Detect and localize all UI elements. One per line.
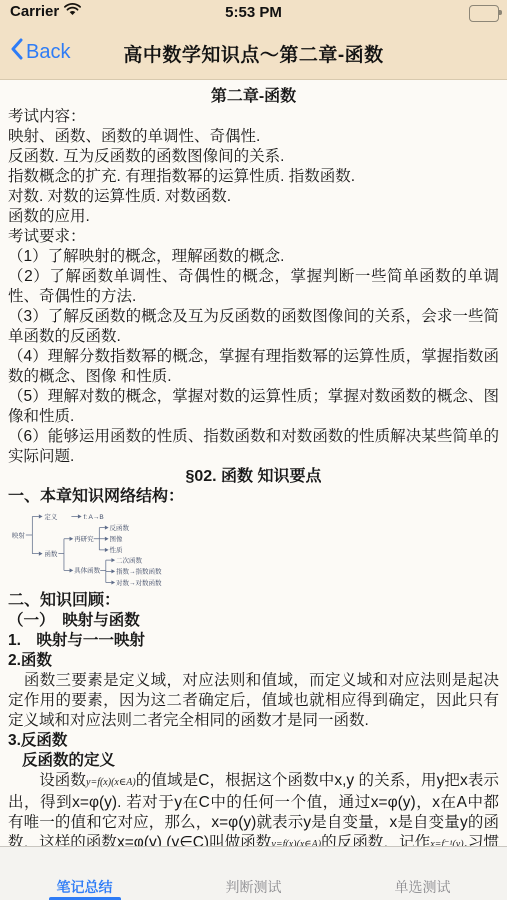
review-heading: 二、知识回顾： — [8, 591, 499, 611]
diagram-node-quadratic: 二次函数 — [116, 555, 142, 564]
requirement-item: （1）了解映射的概念，理解函数的概念. — [8, 247, 499, 267]
knowledge-network-diagram: 映射 定义 f: A→B 函数 再研究 反函数 图像 性质 具体函数 二次函数 … — [10, 509, 499, 589]
doc-line: 指数概念的扩充. 有理指数幂的运算性质. 指数函数. — [8, 167, 499, 187]
inverse-definition-heading: 反函数的定义 — [8, 751, 499, 771]
diagram-node-exponential: 指数→指数函数 — [116, 567, 162, 576]
inverse-definition-body: 设函数y=f(x)(x∈A)的值域是C，根据这个函数中x,y 的关系，用y把x表… — [8, 771, 499, 847]
diagram-node-map-formula: f: A→B — [83, 514, 103, 521]
diagram-node-function: 函数 — [44, 549, 57, 558]
tab-bar: 笔记总结 判断测试 单选测试 — [0, 846, 507, 900]
tab-judgment-test[interactable]: 判断测试 — [169, 847, 338, 900]
function-body: 函数三要素是定义域，对应法则和值域，而定义域和对应法则是起决定作用的要素，因为这… — [8, 671, 499, 731]
tab-label: 笔记总结 — [57, 877, 113, 897]
page-title: 高中数学知识点～第二章-函数 — [0, 40, 507, 67]
diagram-node-property: 性质 — [110, 545, 124, 554]
status-bar: Carrier 5:53 PM — [0, 0, 507, 26]
doc-line: 映射、函数、函数的单调性、奇偶性. — [8, 127, 499, 147]
requirement-item: （3）了解反函数的概念及互为反函数的函数图像间的关系，会求一些简单函数的反函数. — [8, 307, 499, 347]
requirement-item: （6）能够运用函数的性质、指数函数和对数函数的性质解决某些简单的实际问题. — [8, 427, 499, 467]
requirement-item: （5）理解对数的概念，掌握对数的运算性质；掌握对数函数的概念、图像和性质. — [8, 387, 499, 427]
doc-line: 对数. 对数的运算性质. 对数函数. — [8, 187, 499, 207]
doc-line: 反函数. 互为反函数的函数图像间的关系. — [8, 147, 499, 167]
section-heading: §02. 函数 知识要点 — [8, 467, 499, 487]
network-heading: 一、本章知识网络结构： — [8, 487, 499, 507]
exam-content-label: 考试内容： — [8, 107, 499, 127]
sub-heading-mapping-function: （一） 映射与函数 — [8, 611, 499, 631]
diagram-node-restudy: 再研究 — [74, 534, 94, 543]
item-inverse: 3.反函数 — [8, 731, 499, 751]
chapter-heading: 第二章-函数 — [8, 87, 499, 107]
exam-requirements-label: 考试要求： — [8, 227, 499, 247]
tab-notes-summary[interactable]: 笔记总结 — [0, 847, 169, 900]
tab-label: 判断测试 — [226, 877, 282, 897]
tab-single-choice-test[interactable]: 单选测试 — [338, 847, 507, 900]
diagram-node-inverse: 反函数 — [110, 523, 130, 532]
doc-line: 函数的应用. — [8, 207, 499, 227]
item-function: 2.函数 — [8, 651, 499, 671]
diagram-node-definition: 定义 — [44, 512, 57, 521]
tab-label: 单选测试 — [395, 877, 451, 897]
requirement-item: （4）理解分数指数幂的概念，掌握有理指数幂的运算性质，掌握指数函数的概念、图像 … — [8, 347, 499, 387]
text-run: 设函数 — [8, 772, 86, 789]
battery-icon — [469, 5, 499, 22]
clock: 5:53 PM — [0, 4, 507, 21]
diagram-node-concrete: 具体函数 — [74, 566, 101, 575]
formula-run: y=f(x)(x∈A) — [86, 777, 136, 788]
requirement-item: （2）了解函数单调性、奇偶性的概念，掌握判断一些简单函数的单调性、奇偶性的方法. — [8, 267, 499, 307]
diagram-node-logarithm: 对数→对数函数 — [116, 578, 162, 587]
item-mapping: 1. 映射与一一映射 — [8, 631, 499, 651]
navigation-bar: Back 高中数学知识点～第二章-函数 — [0, 26, 507, 80]
diagram-node-root: 映射 — [12, 530, 25, 539]
diagram-node-graph: 图像 — [110, 534, 124, 543]
document-scroll-area[interactable]: 第二章-函数 考试内容： 映射、函数、函数的单调性、奇偶性. 反函数. 互为反函… — [0, 80, 507, 847]
app-screen: Carrier 5:53 PM Back — [0, 0, 507, 900]
